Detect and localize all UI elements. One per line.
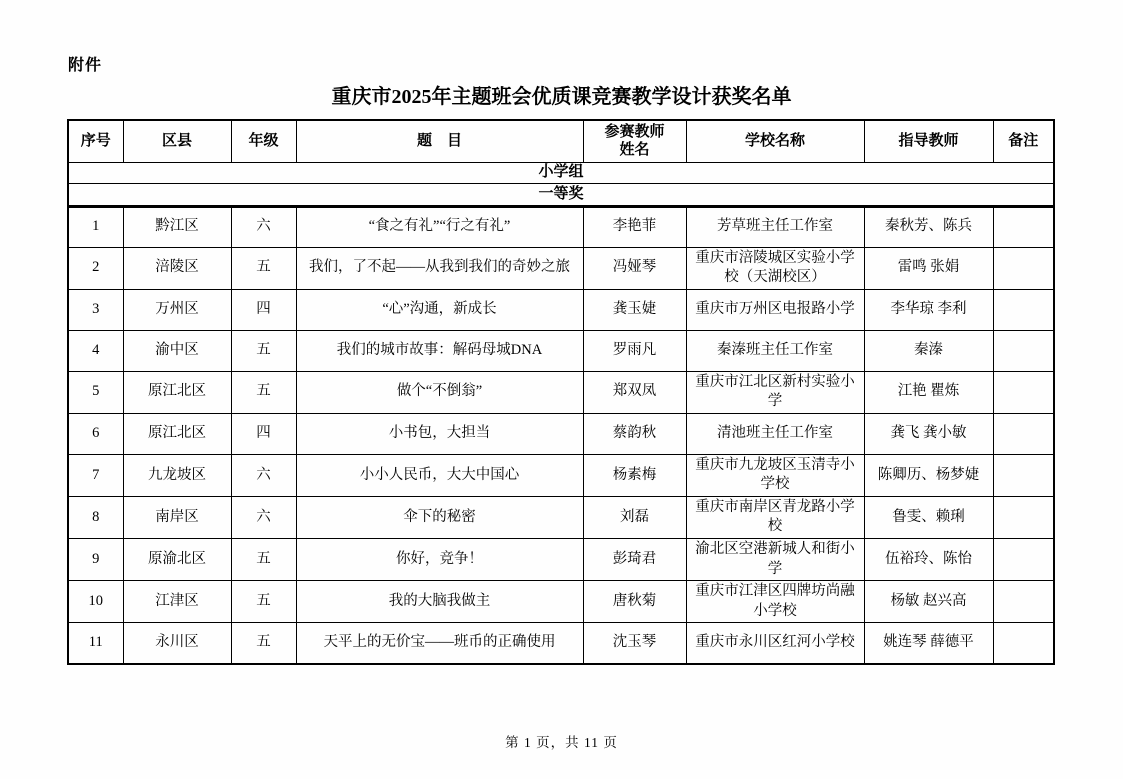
cell-grade: 四: [231, 289, 296, 330]
attachment-label: 附件: [68, 52, 102, 75]
cell-no: 11: [68, 623, 123, 664]
cell-advisor: 伍裕玲、陈怡: [864, 539, 993, 581]
cell-title: 小小人民币，大大中国心: [296, 454, 583, 496]
cell-title: 做个“不倒翁”: [296, 371, 583, 413]
cell-district: 原渝北区: [123, 539, 231, 581]
cell-school: 重庆市南岸区青龙路小学校: [686, 496, 864, 538]
award-row: 一等奖: [68, 183, 1054, 206]
cell-title: 我们，了不起——从我到我们的奇妙之旅: [296, 247, 583, 289]
cell-teacher: 郑双凤: [583, 371, 686, 413]
cell-no: 1: [68, 206, 123, 247]
cell-remark: [993, 289, 1054, 330]
table-row: 2 涪陵区 五 我们，了不起——从我到我们的奇妙之旅 冯娅琴 重庆市涪陵城区实验…: [68, 247, 1054, 289]
cell-district: 南岸区: [123, 496, 231, 538]
cell-teacher: 龚玉婕: [583, 289, 686, 330]
cell-teacher: 冯娅琴: [583, 247, 686, 289]
cell-advisor: 龚飞 龚小敏: [864, 413, 993, 454]
cell-remark: [993, 206, 1054, 247]
cell-school: 重庆市九龙坡区玉清寺小学校: [686, 454, 864, 496]
cell-district: 渝中区: [123, 330, 231, 371]
cell-advisor: 鲁雯、赖琍: [864, 496, 993, 538]
cell-school: 秦溱班主任工作室: [686, 330, 864, 371]
cell-title: 伞下的秘密: [296, 496, 583, 538]
document-page: 附件 重庆市2025年主题班会优质课竞赛教学设计获奖名单 序号 区县 年级 题 …: [0, 0, 1123, 779]
table-row: 6 原江北区 四 小书包，大担当 蔡韵秋 清池班主任工作室 龚飞 龚小敏: [68, 413, 1054, 454]
table-row: 3 万州区 四 “心”沟通，新成长 龚玉婕 重庆市万州区电报路小学 李华琼 李利: [68, 289, 1054, 330]
table-row: 11 永川区 五 天平上的无价宝——班币的正确使用 沈玉琴 重庆市永川区红河小学…: [68, 623, 1054, 664]
cell-school: 重庆市永川区红河小学校: [686, 623, 864, 664]
cell-grade: 六: [231, 496, 296, 538]
cell-remark: [993, 581, 1054, 623]
table-row: 4 渝中区 五 我们的城市故事：解码母城DNA 罗雨凡 秦溱班主任工作室 秦溱: [68, 330, 1054, 371]
col-header-title: 题 目: [296, 120, 583, 162]
cell-district: 原江北区: [123, 413, 231, 454]
cell-district: 江津区: [123, 581, 231, 623]
cell-no: 2: [68, 247, 123, 289]
table-row: 9 原渝北区 五 你好，竞争！ 彭琦君 渝北区空港新城人和街小学 伍裕玲、陈怡: [68, 539, 1054, 581]
cell-advisor: 姚连琴 薛德平: [864, 623, 993, 664]
cell-grade: 五: [231, 539, 296, 581]
col-header-school: 学校名称: [686, 120, 864, 162]
cell-school: 重庆市江北区新村实验小学: [686, 371, 864, 413]
cell-title: 天平上的无价宝——班币的正确使用: [296, 623, 583, 664]
cell-remark: [993, 454, 1054, 496]
cell-no: 3: [68, 289, 123, 330]
col-header-district: 区县: [123, 120, 231, 162]
cell-district: 万州区: [123, 289, 231, 330]
cell-advisor: 李华琼 李利: [864, 289, 993, 330]
cell-teacher: 刘磊: [583, 496, 686, 538]
header-row: 序号 区县 年级 题 目 参赛教师 姓名 学校名称 指导教师 备注: [68, 120, 1054, 162]
cell-teacher: 罗雨凡: [583, 330, 686, 371]
cell-title: “心”沟通，新成长: [296, 289, 583, 330]
cell-teacher: 李艳菲: [583, 206, 686, 247]
cell-no: 6: [68, 413, 123, 454]
col-header-teacher: 参赛教师 姓名: [583, 120, 686, 162]
cell-title: 我们的城市故事：解码母城DNA: [296, 330, 583, 371]
col-header-grade: 年级: [231, 120, 296, 162]
cell-advisor: 秦溱: [864, 330, 993, 371]
cell-no: 9: [68, 539, 123, 581]
cell-title: 你好，竞争！: [296, 539, 583, 581]
table-row: 5 原江北区 五 做个“不倒翁” 郑双凤 重庆市江北区新村实验小学 江艳 瞿炼: [68, 371, 1054, 413]
awards-table: 序号 区县 年级 题 目 参赛教师 姓名 学校名称 指导教师 备注 小学组 一等…: [67, 119, 1055, 665]
page-footer: 第 1 页，共 11 页: [0, 731, 1123, 751]
table-row: 8 南岸区 六 伞下的秘密 刘磊 重庆市南岸区青龙路小学校 鲁雯、赖琍: [68, 496, 1054, 538]
cell-teacher: 唐秋菊: [583, 581, 686, 623]
cell-remark: [993, 623, 1054, 664]
table-row: 1 黔江区 六 “食之有礼”“行之有礼” 李艳菲 芳草班主任工作室 秦秋芳、陈兵: [68, 206, 1054, 247]
cell-teacher: 蔡韵秋: [583, 413, 686, 454]
cell-advisor: 陈卿历、杨梦婕: [864, 454, 993, 496]
col-header-remark: 备注: [993, 120, 1054, 162]
cell-school: 清池班主任工作室: [686, 413, 864, 454]
cell-advisor: 杨敏 赵兴高: [864, 581, 993, 623]
table-row: 7 九龙坡区 六 小小人民币，大大中国心 杨素梅 重庆市九龙坡区玉清寺小学校 陈…: [68, 454, 1054, 496]
cell-remark: [993, 371, 1054, 413]
cell-teacher: 杨素梅: [583, 454, 686, 496]
cell-no: 10: [68, 581, 123, 623]
cell-grade: 五: [231, 247, 296, 289]
cell-school: 重庆市万州区电报路小学: [686, 289, 864, 330]
cell-teacher: 彭琦君: [583, 539, 686, 581]
cell-district: 九龙坡区: [123, 454, 231, 496]
cell-school: 渝北区空港新城人和街小学: [686, 539, 864, 581]
cell-advisor: 江艳 瞿炼: [864, 371, 993, 413]
page-title: 重庆市2025年主题班会优质课竞赛教学设计获奖名单: [0, 80, 1123, 109]
cell-teacher: 沈玉琴: [583, 623, 686, 664]
cell-advisor: 秦秋芳、陈兵: [864, 206, 993, 247]
cell-remark: [993, 413, 1054, 454]
award-label: 一等奖: [68, 183, 1054, 206]
col-header-no: 序号: [68, 120, 123, 162]
section-label: 小学组: [68, 162, 1054, 183]
cell-grade: 五: [231, 581, 296, 623]
cell-district: 涪陵区: [123, 247, 231, 289]
cell-no: 7: [68, 454, 123, 496]
cell-title: “食之有礼”“行之有礼”: [296, 206, 583, 247]
cell-grade: 五: [231, 371, 296, 413]
cell-district: 永川区: [123, 623, 231, 664]
cell-remark: [993, 539, 1054, 581]
col-header-advisor: 指导教师: [864, 120, 993, 162]
cell-grade: 四: [231, 413, 296, 454]
cell-no: 8: [68, 496, 123, 538]
cell-no: 4: [68, 330, 123, 371]
cell-school: 芳草班主任工作室: [686, 206, 864, 247]
cell-district: 原江北区: [123, 371, 231, 413]
cell-no: 5: [68, 371, 123, 413]
section-row: 小学组: [68, 162, 1054, 183]
cell-advisor: 雷鸣 张娟: [864, 247, 993, 289]
cell-title: 我的大脑我做主: [296, 581, 583, 623]
cell-school: 重庆市江津区四牌坊尚融小学校: [686, 581, 864, 623]
cell-remark: [993, 496, 1054, 538]
cell-remark: [993, 247, 1054, 289]
table-row: 10 江津区 五 我的大脑我做主 唐秋菊 重庆市江津区四牌坊尚融小学校 杨敏 赵…: [68, 581, 1054, 623]
cell-district: 黔江区: [123, 206, 231, 247]
cell-title: 小书包，大担当: [296, 413, 583, 454]
cell-remark: [993, 330, 1054, 371]
cell-grade: 五: [231, 330, 296, 371]
cell-grade: 六: [231, 206, 296, 247]
cell-grade: 六: [231, 454, 296, 496]
cell-school: 重庆市涪陵城区实验小学校（天湖校区）: [686, 247, 864, 289]
cell-grade: 五: [231, 623, 296, 664]
